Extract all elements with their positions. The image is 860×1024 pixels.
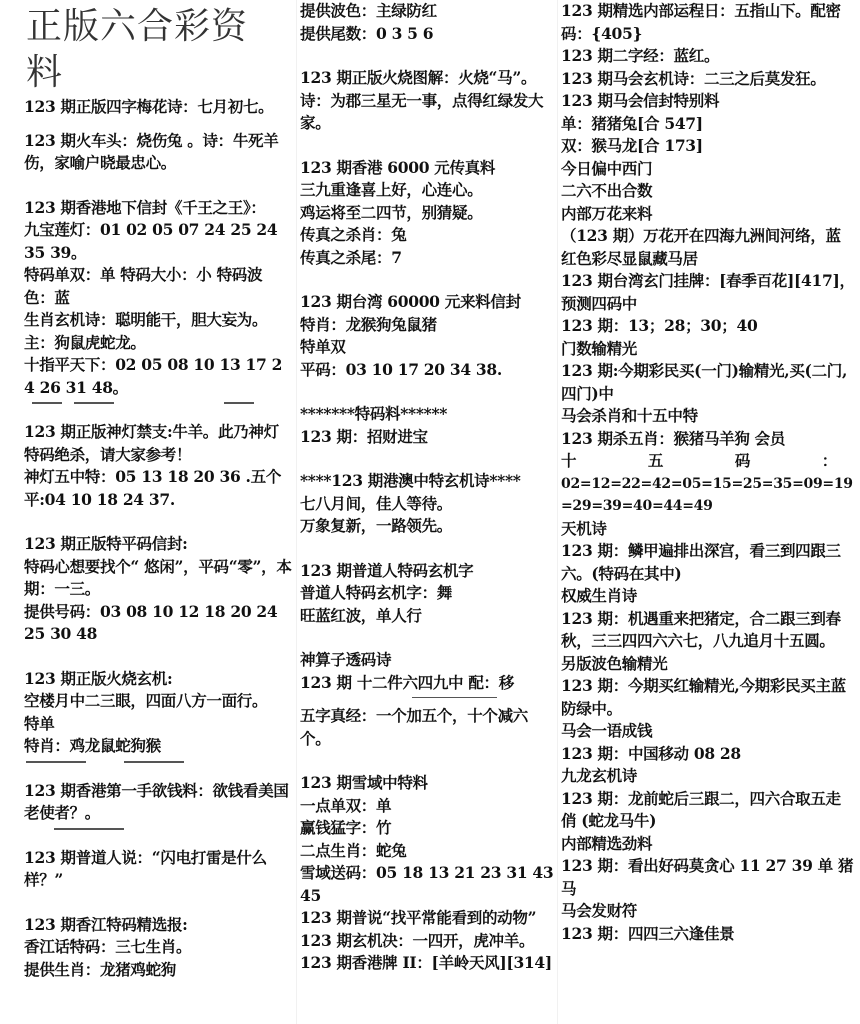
text-line: 123 期：招财进宝	[300, 426, 555, 449]
text-line: 123 期 十二件六四九中 配：移	[300, 672, 555, 695]
text-line: 123 期玄机决：一四开，虎冲羊。	[300, 930, 555, 953]
text-line: 123 期台湾玄门挂牌：[春季百花][417]，	[561, 270, 855, 293]
text-line: 123 期正版四字梅花诗：七月初七。	[24, 96, 292, 119]
separator-dots	[24, 758, 292, 769]
section-five-word-sutra: 五字真经：一个加五个，十个减六个。	[300, 705, 555, 750]
text-line: 特单	[24, 713, 292, 736]
section-hk-fax: 123 期香港 6000 元传真料 三九重逢喜上好，心连心。 鸡运将至二四节，别…	[300, 157, 555, 270]
spread-char: 码	[735, 450, 750, 473]
text-line: 123 期：龙前蛇后三跟二，四六合取五走俏 (蛇龙马牛)	[561, 788, 855, 833]
text-line: 123 期二字经：蓝红。	[561, 45, 855, 68]
text-line: 二点生肖：蛇兔	[300, 840, 555, 863]
text-line: 123 期马会信封特别料	[561, 90, 855, 113]
text-line: 123 期：四四三六逢佳景	[561, 923, 855, 946]
text-line: 123 期火车头：烧伤兔 。诗：牛死羊伤，家喻户晓最忠心。	[24, 130, 292, 175]
section-snow-domain: 123 期雪域中特料 一点单双：单 赢钱猛字：竹 二点生肖：蛇兔 雪域送码：05…	[300, 772, 555, 975]
text-line: 赢钱猛字：竹	[300, 817, 555, 840]
text-line: 鸡运将至二四节，别猜疑。	[300, 202, 555, 225]
section-divine-lamp: 123 期正版神灯禁支:牛羊。此乃神灯特码绝杀，请大家参考！ 神灯五中特：05 …	[24, 421, 292, 511]
section-special-flat-envelope: 123 期正版特平码信封: 特码心想要找个“ 悠闲”，平码“零”，本期：一三。 …	[24, 533, 292, 646]
text-line: 七八月间，佳人等待。	[300, 493, 555, 516]
text-line: 天机诗	[561, 518, 855, 541]
text-line: 提供波色：主绿防红	[300, 0, 555, 23]
left-column: 正版六合彩资 料 123 期正版四字梅花诗：七月初七。 123 期火车头：烧伤兔…	[24, 0, 292, 981]
text-line: 123 期:今期彩民买(一门)输精光,买(二门,四门)中	[561, 360, 855, 405]
text-line: 123 期：机遇重来把猪定，合二跟三到春秋，三三四四六六七，八九追月十五圆。	[561, 608, 855, 653]
text-line: 传真之杀尾：7	[300, 247, 555, 270]
section-hk-macau-poem: ****123 期港澳中特玄机诗**** 七八月间，佳人等待。 万象复新，一路领…	[300, 470, 555, 538]
text-line: 雪域送码：05 18 13 21 23 31 43 45	[300, 862, 555, 907]
text-line: 提供号码：03 08 10 12 18 20 24 25 30 48	[24, 601, 292, 646]
section-taiwan-envelope: 123 期台湾 60000 元来料信封 特肖：龙猴狗兔鼠猪 特单双 平码：03 …	[300, 291, 555, 381]
text-line: 一点单双：单	[300, 795, 555, 818]
text-line: 门数输精光	[561, 338, 855, 361]
text-line: 123 期普说“找平常能看到的动物”	[300, 907, 555, 930]
text-line: 123 期普道人说：“闪电打雷是什么样？”	[24, 847, 292, 892]
page-title: 正版六合彩资 料	[26, 4, 292, 96]
spread-char: ：	[822, 450, 837, 473]
section-oracle-poem: 神算子透码诗 123 期 十二件六四九中 配：移	[300, 649, 555, 694]
text-line: 马会一语成钱	[561, 720, 855, 743]
title-line-2: 料	[26, 50, 292, 96]
text-line: 另版波色输精光	[561, 653, 855, 676]
text-line: 权威生肖诗	[561, 585, 855, 608]
text-line: 马会发财符	[561, 900, 855, 923]
text-line: 123 期台湾 60000 元来料信封	[300, 291, 555, 314]
section-hk-underground-envelope: 123 期香港地下信封《千王之王》： 九宝莲灯：01 02 05 07 24 2…	[24, 197, 292, 400]
text-line: 123 期香江特码精选报:	[24, 914, 292, 937]
text-line: 今日偏中西门	[561, 158, 855, 181]
text-line: 123 期马会玄机诗：二三之后莫发狂。	[561, 68, 855, 91]
text-line: 123 期：13；28；30；40	[561, 315, 855, 338]
section-fire-diagram: 123 期正版火烧图解：火烧“马”。诗：为郡三星无一事，点得红绿发大家。	[300, 67, 555, 135]
section-right-main: 123 期精选内部运程日：五指山下。配密码：{405} 123 期二字经：蓝红。…	[561, 0, 855, 945]
text-line: 特肖：鸡龙鼠蛇狗猴	[24, 735, 292, 758]
text-line: 双：猴马龙[合 173]	[561, 135, 855, 158]
text-line: 内部精选劲料	[561, 833, 855, 856]
text-line: 特单双	[300, 336, 555, 359]
text-line: 123 期正版火烧玄机:	[24, 668, 292, 691]
separator-dots	[24, 399, 292, 410]
text-line: 123 期杀五肖：猴猪马羊狗 会员	[561, 428, 855, 451]
section-train-head: 123 期火车头：烧伤兔 。诗：牛死羊伤，家喻户晓最忠心。	[24, 130, 292, 175]
text-line: 123 期普道人特码玄机字	[300, 560, 555, 583]
section-fire-mystery: 123 期正版火烧玄机: 空楼月中二三眼，四面八方一面行。 特单 特肖：鸡龙鼠蛇…	[24, 668, 292, 758]
text-line: 提供尾数：0 3 5 6	[300, 23, 555, 46]
text-line: 万象复新，一路领先。	[300, 515, 555, 538]
separator-dots	[24, 825, 292, 836]
text-line: 123 期香港地下信封《千王之王》：	[24, 197, 292, 220]
text-line: 内部万花来料	[561, 203, 855, 226]
spread-char: 五	[648, 450, 663, 473]
text-line: 02=12=22=42=05=15=25=35=09=19=29=39=40=4…	[561, 473, 855, 518]
text-line: 二六不出合数	[561, 180, 855, 203]
text-line: 123 期雪域中特料	[300, 772, 555, 795]
title-line-1: 正版六合彩资	[26, 4, 292, 50]
spread-char: 十	[561, 450, 576, 473]
text-line: 旺蓝红波，单人行	[300, 605, 555, 628]
text-line: 马会杀肖和十五中特	[561, 405, 855, 428]
text-line: 空楼月中二三眼，四面八方一面行。	[24, 690, 292, 713]
text-line: 123 期香港 6000 元传真料	[300, 157, 555, 180]
section-wave-tail: 提供波色：主绿防红 提供尾数：0 3 5 6	[300, 0, 555, 45]
text-line: 主：狗鼠虎蛇龙。	[24, 332, 292, 355]
section-special-code: *******特码料****** 123 期：招财进宝	[300, 403, 555, 448]
text-line: 香江话特码：三七生肖。	[24, 936, 292, 959]
text-line: 123 期：今期买红输精光,今期彩民买主蓝防绿中。	[561, 675, 855, 720]
separator-dots	[300, 694, 555, 705]
text-line: 九龙玄机诗	[561, 765, 855, 788]
section-xiangjiang-report: 123 期香江特码精选报: 香江话特码：三七生肖。 提供生肖：龙猪鸡蛇狗	[24, 914, 292, 982]
text-line: 特肖：龙猴狗兔鼠猪	[300, 314, 555, 337]
text-line: 生肖玄机诗：聪明能干，胆大妄为。	[24, 309, 292, 332]
text-line: 五字真经：一个加五个，十个减六个。	[300, 705, 555, 750]
text-line: *******特码料******	[300, 403, 555, 426]
text-line: 传真之杀肖：兔	[300, 224, 555, 247]
text-line: 神灯五中特：05 13 18 20 36 .五个平:04 10 18 24 37…	[24, 466, 292, 511]
text-line: 特码单双：单 特码大小：小 特码波色：蓝	[24, 264, 292, 309]
section-plum-poem: 123 期正版四字梅花诗：七月初七。	[24, 96, 292, 119]
column-divider-right	[557, 0, 558, 1024]
section-hk-first-hand: 123 期香港第一手欲钱料：欲钱看美国老使者？。	[24, 780, 292, 825]
section-taoist-code-word: 123 期普道人特码玄机字 普道人特码玄机字：舞 旺蓝红波，单人行	[300, 560, 555, 628]
text-line: 123 期：看出好码莫贪心 11 27 39 单 猪马	[561, 855, 855, 900]
text-line: 123 期正版特平码信封:	[24, 533, 292, 556]
text-line: ****123 期港澳中特玄机诗****	[300, 470, 555, 493]
text-line: 123 期：鳞甲遍排出深宫，看三到四跟三六。(特码在其中)	[561, 540, 855, 585]
text-line: 123 期正版神灯禁支:牛羊。此乃神灯特码绝杀，请大家参考！	[24, 421, 292, 466]
text-line: （123 期）万花开在四海九洲间河络，蓝红色彩尽显鼠藏马居	[561, 225, 855, 270]
text-line: 123 期香港牌 II：[羊岭天风][314]	[300, 952, 555, 975]
text-line: 提供生肖：龙猪鸡蛇狗	[24, 959, 292, 982]
text-line: 123 期：中国移动 08 28	[561, 743, 855, 766]
text-line: 九宝莲灯：01 02 05 07 24 25 24 35 39。	[24, 219, 292, 264]
text-line: 123 期精选内部运程日：五指山下。配密码：{405}	[561, 0, 855, 45]
text-line: 平码：03 10 17 20 34 38.	[300, 359, 555, 382]
text-line: 三九重逢喜上好，心连心。	[300, 179, 555, 202]
text-line: 特码心想要找个“ 悠闲”，平码“零”，本期：一三。	[24, 556, 292, 601]
text-line: 123 期香港第一手欲钱料：欲钱看美国老使者？。	[24, 780, 292, 825]
text-line: 123 期正版火烧图解：火烧“马”。诗：为郡三星无一事，点得红绿发大家。	[300, 67, 555, 135]
text-line: 预测四码中	[561, 293, 855, 316]
text-line: 普道人特码玄机字：舞	[300, 582, 555, 605]
column-divider-left	[296, 0, 297, 1024]
text-line: 神算子透码诗	[300, 649, 555, 672]
text-line: 十指平天下：02 05 08 10 13 17 24 26 31 48。	[24, 354, 292, 399]
spread-line: 十 五 码 ：	[561, 450, 855, 473]
right-column: 123 期精选内部运程日：五指山下。配密码：{405} 123 期二字经：蓝红。…	[561, 0, 855, 945]
text-line: 单：猪猪兔[合 547]	[561, 113, 855, 136]
middle-column: 提供波色：主绿防红 提供尾数：0 3 5 6 123 期正版火烧图解：火烧“马”…	[300, 0, 555, 975]
section-taoist-saying: 123 期普道人说：“闪电打雷是什么样？”	[24, 847, 292, 892]
